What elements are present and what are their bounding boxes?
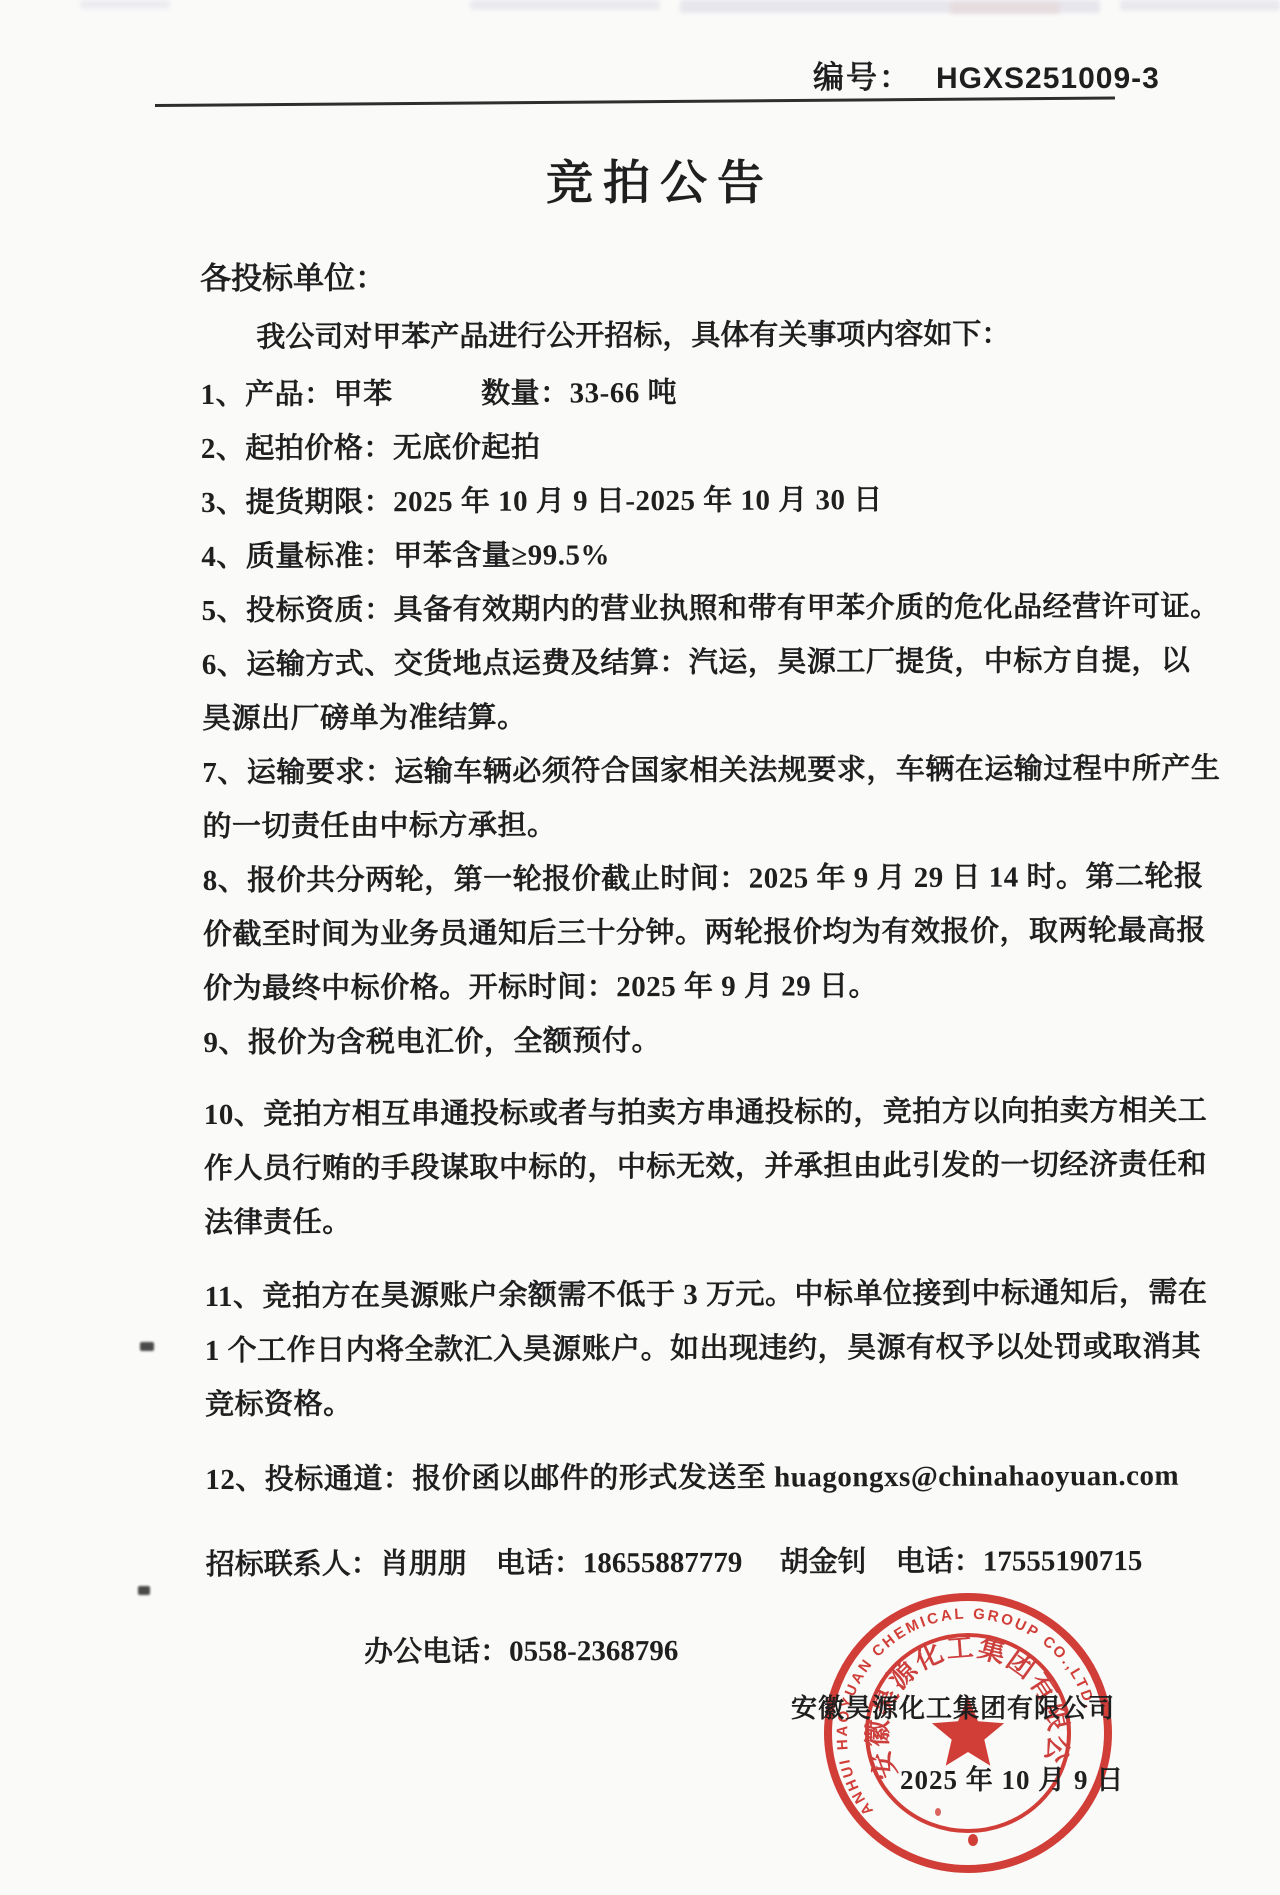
company-seal-stamp: ANHUI HAOYUAN CHEMICAL GROUP CO.,LTD. 安徽… — [0, 0, 1280, 1895]
seal-ink-dot — [968, 1834, 978, 1846]
seal-ink-dot — [935, 1808, 941, 1816]
scanned-document-page: 编号：HGXS251009-3 竞拍公告 各投标单位： 我公司对甲苯产品进行公开… — [0, 0, 1280, 1895]
signature-company: 安徽昊源化工集团有限公司 — [791, 1688, 1115, 1725]
seal-inner-text: 安徽昊源化工集团有限公司 — [0, 0, 1074, 1783]
signature-date: 2025 年 10 月 9 日 — [900, 1758, 1124, 1797]
